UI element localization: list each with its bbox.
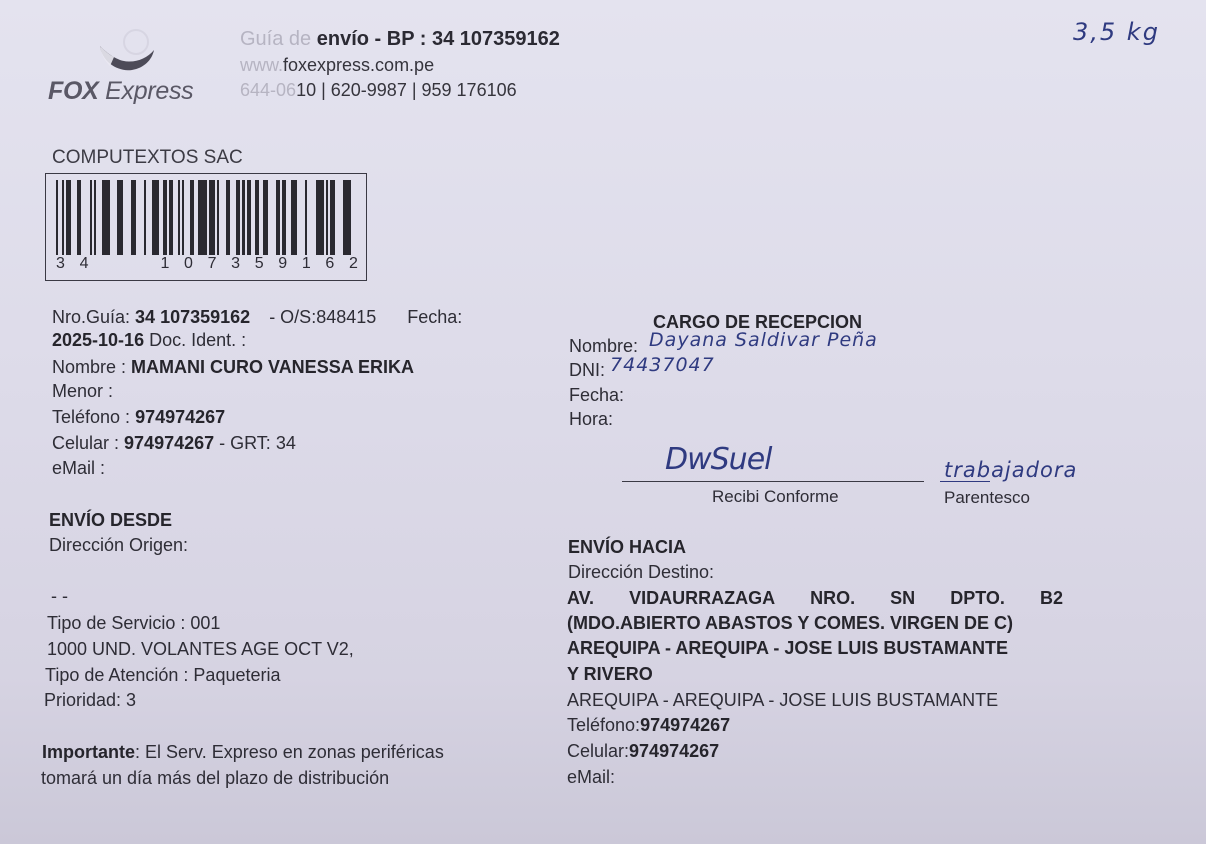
destination-title: ENVÍO HACIA (568, 536, 686, 559)
priority: Prioridad: 3 (44, 689, 136, 712)
date-doc-line: 2025-10-16 Doc. Ident. : (52, 329, 246, 352)
destination-address-line4: Y RIVERO (567, 663, 653, 686)
destination-celular-label: Celular: (567, 741, 629, 761)
website-faded-part: www. (240, 55, 283, 75)
phone-numbers: 644-0610 | 620-9987 | 959 176106 (240, 80, 517, 101)
barcode-digit (141, 255, 145, 273)
attention-type: Tipo de Atención : Paqueteria (45, 664, 281, 687)
important-label: Importante (42, 742, 135, 762)
fecha-label: Fecha: (407, 307, 462, 327)
barcode-digit: 1 (160, 255, 169, 273)
brand-name-bold: FOX (48, 77, 99, 105)
destination-district: AREQUIPA - AREQUIPA - JOSE LUIS BUSTAMAN… (567, 689, 998, 712)
cargo-hora-label: Hora: (569, 408, 613, 431)
recibi-conforme-label: Recibi Conforme (712, 485, 839, 508)
address-word: DPTO. (950, 587, 1005, 610)
fox-moon-icon (96, 28, 160, 78)
telefono-value: 974974267 (135, 407, 225, 427)
barcode-bars (56, 180, 356, 255)
barcode-digit: 6 (325, 255, 334, 273)
destination-address-line1: AV.VIDAURRAZAGANRO.SNDPTO.B2 (567, 587, 1063, 610)
barcode-digit: 5 (255, 255, 264, 273)
destination-telefono-label: Teléfono: (567, 715, 640, 735)
service-type: Tipo de Servicio : 001 (47, 612, 220, 635)
cargo-nombre-label: Nombre: (569, 336, 638, 356)
celular-value: 974974267 (124, 433, 214, 453)
barcode-digit: 4 (80, 255, 89, 273)
phones-faded-part: 644-06 (240, 80, 296, 100)
destination-celular-value: 974974267 (629, 741, 719, 761)
address-word: B2 (1040, 587, 1063, 610)
barcode-digit: 9 (278, 255, 287, 273)
brand-name-light: Express (105, 77, 193, 105)
cargo-dni-line: DNI: 74437047 (569, 359, 715, 382)
barcode-digit (122, 255, 126, 273)
origin-title: ENVÍO DESDE (49, 509, 172, 532)
telefono-label: Teléfono : (52, 407, 135, 427)
handwritten-parentesco: trabajadora (944, 458, 1077, 482)
title-text: envío - BP : 34 107359162 (317, 28, 560, 50)
barcode-digit (103, 255, 107, 273)
handwritten-receiver-name: Dayana Saldivar Peña (649, 329, 878, 351)
grt-number: - GRT: 34 (214, 433, 296, 453)
nombre-value: MAMANI CURO VANESSA ERIKA (131, 357, 414, 377)
signature: DwSuel (665, 442, 772, 477)
celular-label: Celular : (52, 433, 124, 453)
barcode: 34 107359162 (45, 173, 367, 281)
client-name: COMPUTEXTOS SAC (52, 147, 243, 169)
barcode-digit: 7 (208, 255, 217, 273)
shipment-description: 1000 UND. VOLANTES AGE OCT V2, (47, 638, 354, 661)
telefono-line: Teléfono : 974974267 (52, 406, 225, 429)
destination-celular-line: Celular:974974267 (567, 740, 719, 763)
website: www.foxexpress.com.pe (240, 55, 434, 76)
recipient-name-line: Nombre : MAMANI CURO VANESSA ERIKA (52, 356, 414, 379)
guide-number-line: Nro.Guía: 34 107359162 - O/S:848415 Fech… (52, 306, 462, 329)
document-title: Guía de envío - BP : 34 107359162 (240, 28, 560, 51)
address-word: VIDAURRAZAGA (629, 587, 775, 610)
parentesco-underline (940, 481, 990, 482)
address-word: AV. (567, 587, 594, 610)
important-text: : El Serv. Expreso en zonas periféricas (135, 742, 444, 762)
destination-telefono-value: 974974267 (640, 715, 730, 735)
destination-address-line2: (MDO.ABIERTO ABASTOS Y COMES. VIRGEN DE … (567, 612, 1013, 635)
cargo-fecha-label: Fecha: (569, 384, 624, 407)
title-faded-part: Guía de (240, 28, 311, 50)
email-label: eMail : (52, 457, 105, 480)
cargo-dni-label: DNI: (569, 360, 605, 380)
handwritten-dni: 74437047 (610, 354, 715, 376)
barcode-digit: 1 (302, 255, 311, 273)
fecha-value: 2025-10-16 (52, 330, 144, 350)
address-word: SN (890, 587, 915, 610)
destination-address-line3: AREQUIPA - AREQUIPA - JOSE LUIS BUSTAMAN… (567, 637, 1008, 660)
barcode-digit: 3 (231, 255, 240, 273)
important-note-line2: tomará un día más del plazo de distribuc… (41, 767, 389, 790)
brand-logo: FOX Express (48, 77, 193, 106)
destination-email-label: eMail: (567, 766, 615, 789)
barcode-digit: 2 (349, 255, 358, 273)
doc-ident-label: Doc. Ident. : (144, 330, 246, 350)
barcode-digits: 34 107359162 (56, 255, 358, 273)
handwritten-weight: 3,5 kg (1073, 18, 1160, 46)
nombre-label: Nombre : (52, 357, 131, 377)
destination-address-label: Dirección Destino: (568, 561, 714, 584)
barcode-digit: 3 (56, 255, 65, 273)
nro-guia-label: Nro.Guía: (52, 307, 130, 327)
signature-line (622, 481, 924, 482)
os-number: - O/S:848415 (269, 307, 376, 327)
celular-line: Celular : 974974267 - GRT: 34 (52, 432, 296, 455)
origin-address-label: Dirección Origen: (49, 534, 188, 557)
parentesco-label: Parentesco (944, 486, 1030, 509)
address-word: NRO. (810, 587, 855, 610)
website-text: foxexpress.com.pe (283, 55, 434, 75)
barcode-digit: 0 (184, 255, 193, 273)
important-note: Importante: El Serv. Expreso en zonas pe… (42, 741, 444, 764)
menor-label: Menor : (52, 380, 113, 403)
nro-guia-value: 34 107359162 (135, 307, 250, 327)
destination-telefono-line: Teléfono:974974267 (567, 714, 730, 737)
origin-address-empty: - - (51, 585, 68, 608)
phones-text: 10 | 620-9987 | 959 176106 (296, 80, 517, 100)
